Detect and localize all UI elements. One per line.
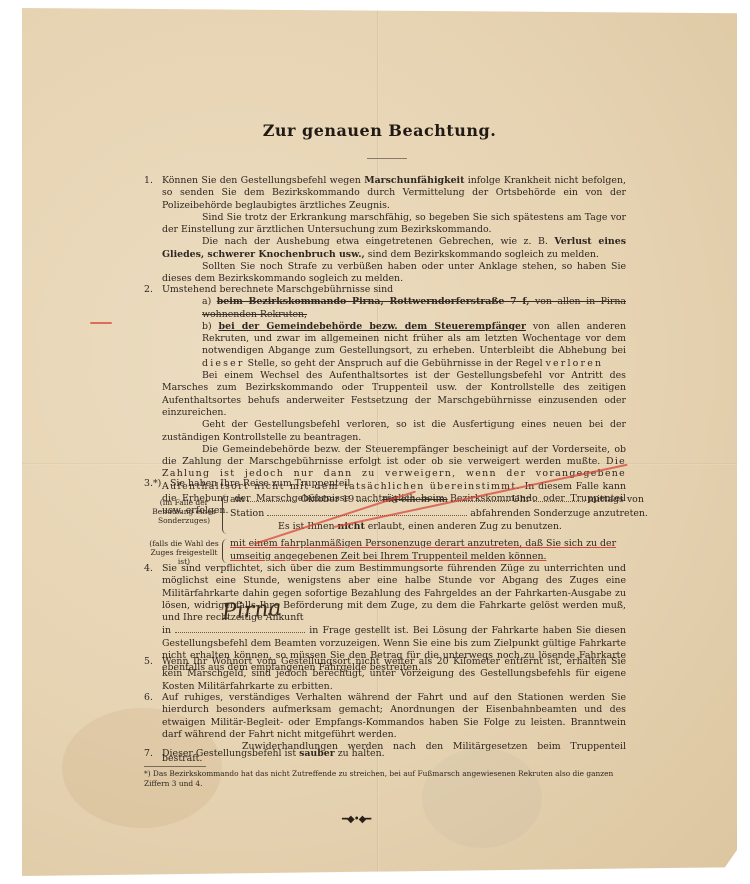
free-choice-label: (falls die Wahl des Zuges freigestellt i… bbox=[149, 539, 219, 566]
station-blank bbox=[267, 507, 467, 516]
item-1: 1. Können Sie den Gestellungsbefehl wege… bbox=[144, 175, 626, 286]
item-number: 3.*) bbox=[144, 478, 168, 490]
item-number: 7. bbox=[144, 748, 162, 760]
item-2-option-a: a) beim Bezirkskommando Pirna, Rottwernd… bbox=[202, 296, 626, 321]
item-7: 7. Dieser Gestellungsbefehl ist sauber z… bbox=[144, 748, 626, 760]
item-5: 5. Wenn Ihr Wohnort vom Gestellungsort n… bbox=[144, 656, 626, 693]
page-title: Zur genauen Beachtung. bbox=[22, 121, 737, 140]
sonderzug-label: (im Falle der Benutzung eines Sonderzuge… bbox=[149, 498, 219, 525]
footnote-rule bbox=[144, 766, 206, 767]
bracket bbox=[222, 539, 227, 563]
item-number: 6. bbox=[144, 692, 162, 704]
document-sheet: Zur genauen Beachtung. 1. Können Sie den… bbox=[22, 8, 737, 876]
item-1-paragraph-4: Sollten Sie noch Strafe zu verbüßen habe… bbox=[162, 261, 626, 286]
item-2-paragraph-3: Geht der Gestellungsbefehl verloren, so … bbox=[162, 419, 626, 444]
date-blank bbox=[247, 493, 297, 502]
item-1-paragraph-2: Sind Sie trotz der Erkrankung marschfähi… bbox=[162, 212, 626, 237]
red-pencil-mark bbox=[90, 322, 112, 324]
item-number: 5. bbox=[144, 656, 162, 668]
item-number: 2. bbox=[144, 284, 162, 296]
ornament-divider: ━◆•◆━ bbox=[342, 814, 370, 825]
item-2-paragraph-2: Bei einem Wechsel des Aufenthaltsortes i… bbox=[162, 370, 626, 419]
item-number: 4. bbox=[144, 563, 162, 575]
title-rule bbox=[367, 158, 407, 159]
item-2-option-b: b) bei der Gemeindebehörde bezw. dem Ste… bbox=[202, 321, 626, 370]
scheduled-train-line: mit einem fahrplanmäßigen Personenzuge d… bbox=[230, 538, 616, 550]
place-blank bbox=[175, 624, 305, 633]
footnote: *) Das Bezirkskommando hat das nicht Zut… bbox=[144, 769, 626, 788]
item-2-intro: Umstehend berechnete Marschgebührnisse s… bbox=[162, 284, 626, 296]
report-time-line: umseitig angegebenen Zeit bei Ihrem Trup… bbox=[230, 551, 547, 563]
bracket bbox=[222, 494, 227, 534]
item-1-paragraph-3: Die nach der Aushebung etwa eingetretene… bbox=[162, 236, 626, 261]
item-number: 1. bbox=[144, 175, 162, 187]
document-content: Zur genauen Beachtung. 1. Können Sie den… bbox=[22, 8, 737, 876]
item-1-paragraph-1: Können Sie den Gestellungsbefehl wegen M… bbox=[162, 175, 626, 212]
station-line: Station abfahrenden Sonderzuge anzutrete… bbox=[230, 507, 648, 520]
handwritten-place-name: Pirna bbox=[221, 596, 282, 625]
